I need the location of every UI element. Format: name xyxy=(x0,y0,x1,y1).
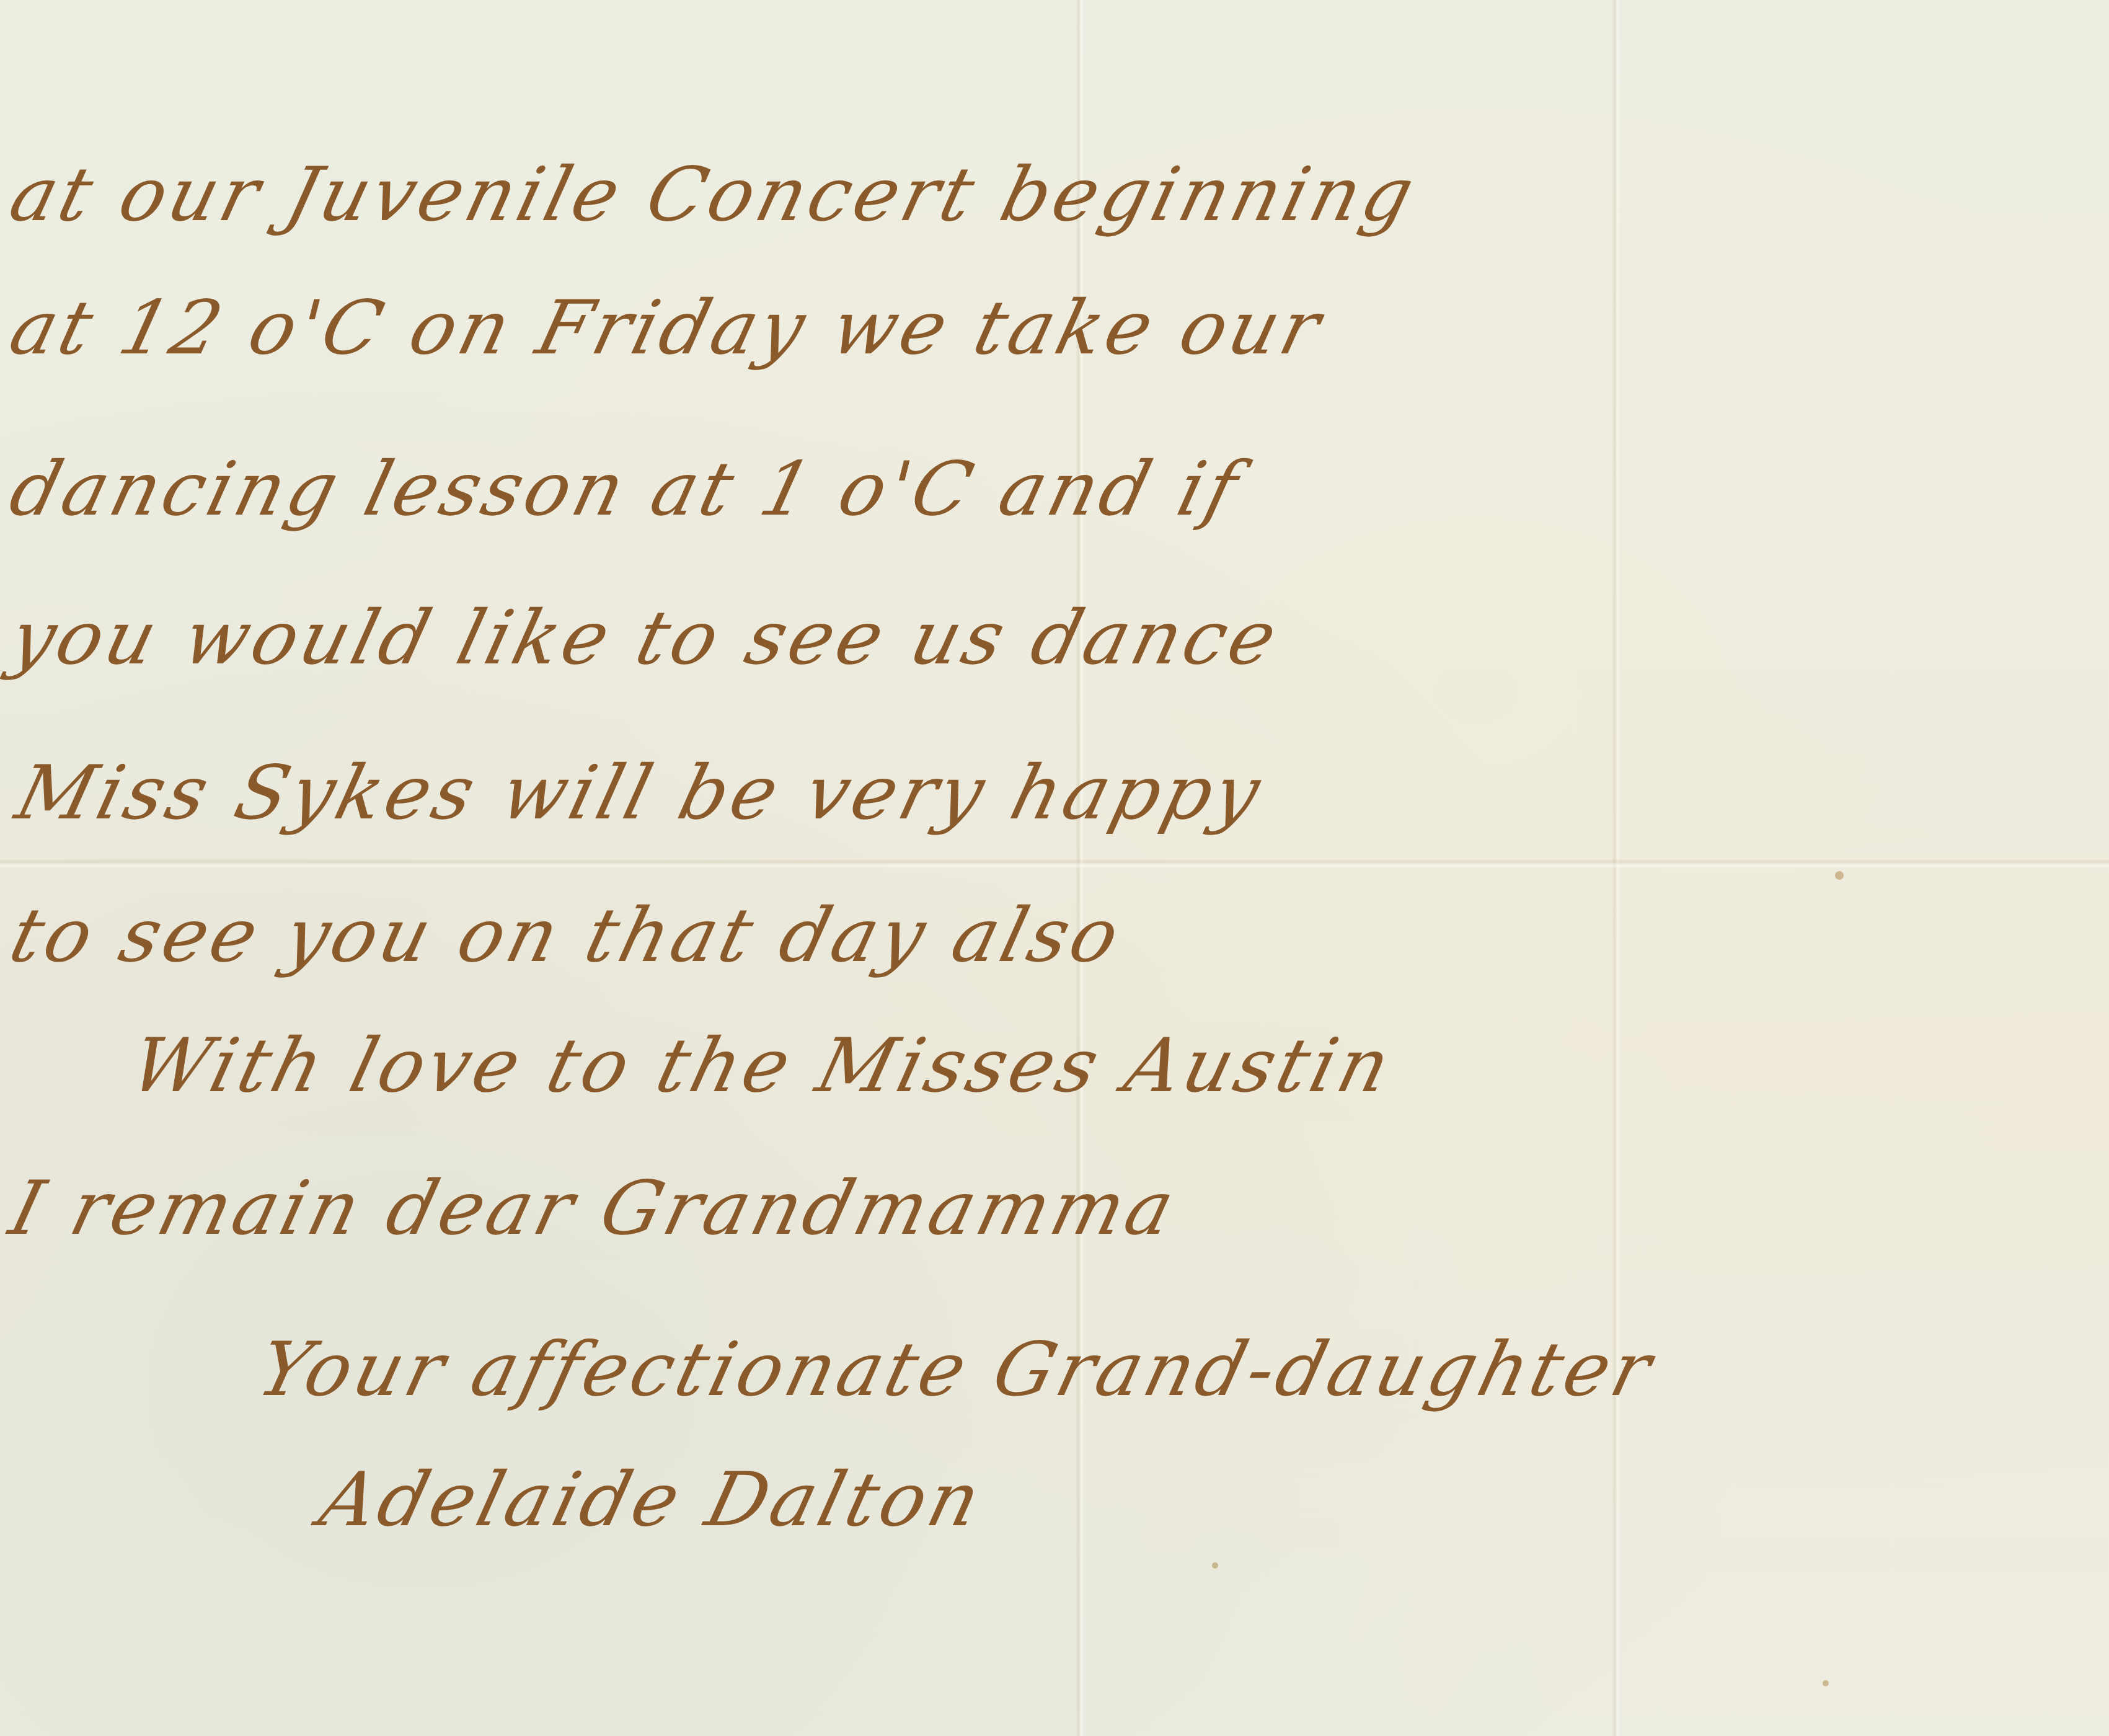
paper-stain xyxy=(1212,1562,1218,1569)
valediction-line: Your affectionate Grand-daughter xyxy=(251,1333,1661,1407)
letter-line: dancing lesson at 1 o'C and if xyxy=(3,453,1248,527)
letter-line: you would like to see us dance xyxy=(3,601,1287,676)
paper-stain xyxy=(1823,1680,1829,1686)
paper-stain xyxy=(1835,871,1844,880)
letter-line: With love to the Misses Austin xyxy=(124,1029,1400,1104)
horizontal-fold-crease xyxy=(0,859,2109,869)
letter-line: at our Juvenile Concert beginning xyxy=(3,158,1424,232)
letter-sheet: at our Juvenile Concert beginning at 12 … xyxy=(0,0,2109,1736)
letter-line: to see you on that day also xyxy=(3,899,1130,973)
letter-line: Miss Sykes will be very happy xyxy=(9,756,1270,831)
signature: Adelaide Dalton xyxy=(313,1463,991,1538)
letter-line: at 12 o'C on Friday we take our xyxy=(3,291,1330,366)
closing-line: I remain dear Grandmamma xyxy=(3,1172,1184,1246)
